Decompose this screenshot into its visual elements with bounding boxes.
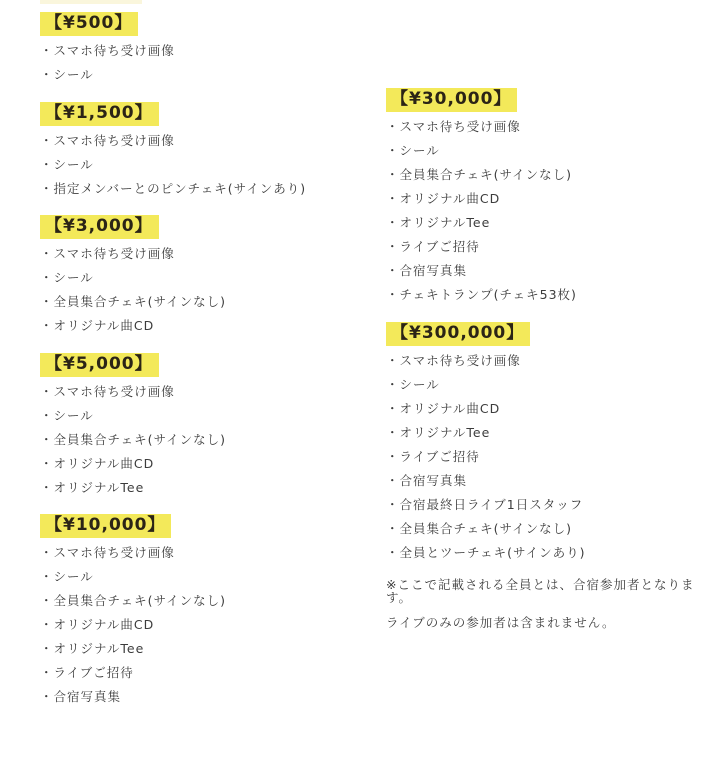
reward-item: ・シール — [40, 571, 378, 584]
reward-item: ・スマホ待ち受け画像 — [40, 386, 378, 399]
reward-item: ・ライブご招待 — [386, 451, 708, 464]
reward-item: ・合宿最終日ライブ1日スタッフ — [386, 499, 708, 512]
tier-300000-header: 【¥300,000】 — [386, 322, 708, 346]
clipped-highlight-fragment — [40, 0, 142, 4]
tier-30000: 【¥30,000】 ・スマホ待ち受け画像 ・シール ・全員集合チェキ(サインなし… — [386, 88, 708, 302]
price-highlight-3000: 【¥3,000】 — [40, 215, 159, 239]
reward-item: ・シール — [40, 69, 378, 82]
tier-1500: 【¥1,500】 ・スマホ待ち受け画像 ・シール ・指定メンバーとのピンチェキ(… — [40, 102, 378, 196]
reward-item: ・スマホ待ち受け画像 — [40, 248, 378, 261]
reward-item: ・合宿写真集 — [386, 265, 708, 278]
footnote: ※ここで記載される全員とは、合宿参加者となります。 ライブのみの参加者は含まれま… — [386, 579, 708, 629]
reward-item: ・オリジナル曲CD — [40, 458, 378, 471]
reward-item: ・オリジナルTee — [40, 643, 378, 656]
reward-item: ・スマホ待ち受け画像 — [386, 121, 708, 134]
reward-item: ・ライブご招待 — [40, 667, 378, 680]
reward-item: ・シール — [40, 410, 378, 423]
left-column: 【¥500】 ・スマホ待ち受け画像 ・シール 【¥1,500】 ・スマホ待ち受け… — [40, 12, 378, 724]
price-highlight-500: 【¥500】 — [40, 12, 138, 36]
reward-item: ・全員集合チェキ(サインなし) — [386, 169, 708, 182]
reward-item: ・全員集合チェキ(サインなし) — [40, 434, 378, 447]
reward-item: ・シール — [40, 159, 378, 172]
reward-item: ・シール — [40, 272, 378, 285]
reward-item: ・オリジナル曲CD — [40, 320, 378, 333]
price-highlight-30000: 【¥30,000】 — [386, 88, 517, 112]
reward-item: ・オリジナル曲CD — [386, 403, 708, 416]
tier-3000-header: 【¥3,000】 — [40, 215, 378, 239]
right-column: 【¥30,000】 ・スマホ待ち受け画像 ・シール ・全員集合チェキ(サインなし… — [386, 88, 708, 642]
tier-5000: 【¥5,000】 ・スマホ待ち受け画像 ・シール ・全員集合チェキ(サインなし)… — [40, 353, 378, 495]
reward-item: ・チェキトランプ(チェキ53枚) — [386, 289, 708, 302]
tier-30000-header: 【¥30,000】 — [386, 88, 708, 112]
reward-item: ・スマホ待ち受け画像 — [40, 45, 378, 58]
reward-item: ・指定メンバーとのピンチェキ(サインあり) — [40, 183, 378, 196]
reward-item: ・シール — [386, 145, 708, 158]
reward-item: ・オリジナル曲CD — [40, 619, 378, 632]
reward-item: ・オリジナル曲CD — [386, 193, 708, 206]
reward-item: ・スマホ待ち受け画像 — [386, 355, 708, 368]
reward-item: ・全員集合チェキ(サインなし) — [386, 523, 708, 536]
tier-10000: 【¥10,000】 ・スマホ待ち受け画像 ・シール ・全員集合チェキ(サインなし… — [40, 514, 378, 704]
tier-3000: 【¥3,000】 ・スマホ待ち受け画像 ・シール ・全員集合チェキ(サインなし)… — [40, 215, 378, 333]
reward-item: ・全員集合チェキ(サインなし) — [40, 595, 378, 608]
price-highlight-5000: 【¥5,000】 — [40, 353, 159, 377]
reward-tier-page: 【¥500】 ・スマホ待ち受け画像 ・シール 【¥1,500】 ・スマホ待ち受け… — [0, 0, 712, 768]
reward-item: ・全員集合チェキ(サインなし) — [40, 296, 378, 309]
tier-1500-header: 【¥1,500】 — [40, 102, 378, 126]
reward-item: ・スマホ待ち受け画像 — [40, 547, 378, 560]
reward-item: ・オリジナルTee — [386, 427, 708, 440]
tier-10000-header: 【¥10,000】 — [40, 514, 378, 538]
tier-500-header: 【¥500】 — [40, 12, 378, 36]
footnote-line-2: ライブのみの参加者は含まれません。 — [386, 617, 708, 630]
reward-item: ・ライブご招待 — [386, 241, 708, 254]
reward-item: ・オリジナルTee — [386, 217, 708, 230]
reward-item: ・シール — [386, 379, 708, 392]
reward-item: ・合宿写真集 — [40, 691, 378, 704]
tier-5000-header: 【¥5,000】 — [40, 353, 378, 377]
reward-item: ・全員とツーチェキ(サインあり) — [386, 547, 708, 560]
price-highlight-1500: 【¥1,500】 — [40, 102, 159, 126]
reward-item: ・オリジナルTee — [40, 482, 378, 495]
reward-item: ・スマホ待ち受け画像 — [40, 135, 378, 148]
price-highlight-10000: 【¥10,000】 — [40, 514, 171, 538]
tier-300000: 【¥300,000】 ・スマホ待ち受け画像 ・シール ・オリジナル曲CD ・オリ… — [386, 322, 708, 560]
footnote-line-1: ※ここで記載される全員とは、合宿参加者となります。 — [386, 579, 708, 604]
tier-500: 【¥500】 ・スマホ待ち受け画像 ・シール — [40, 12, 378, 82]
price-highlight-300000: 【¥300,000】 — [386, 322, 530, 346]
reward-item: ・合宿写真集 — [386, 475, 708, 488]
